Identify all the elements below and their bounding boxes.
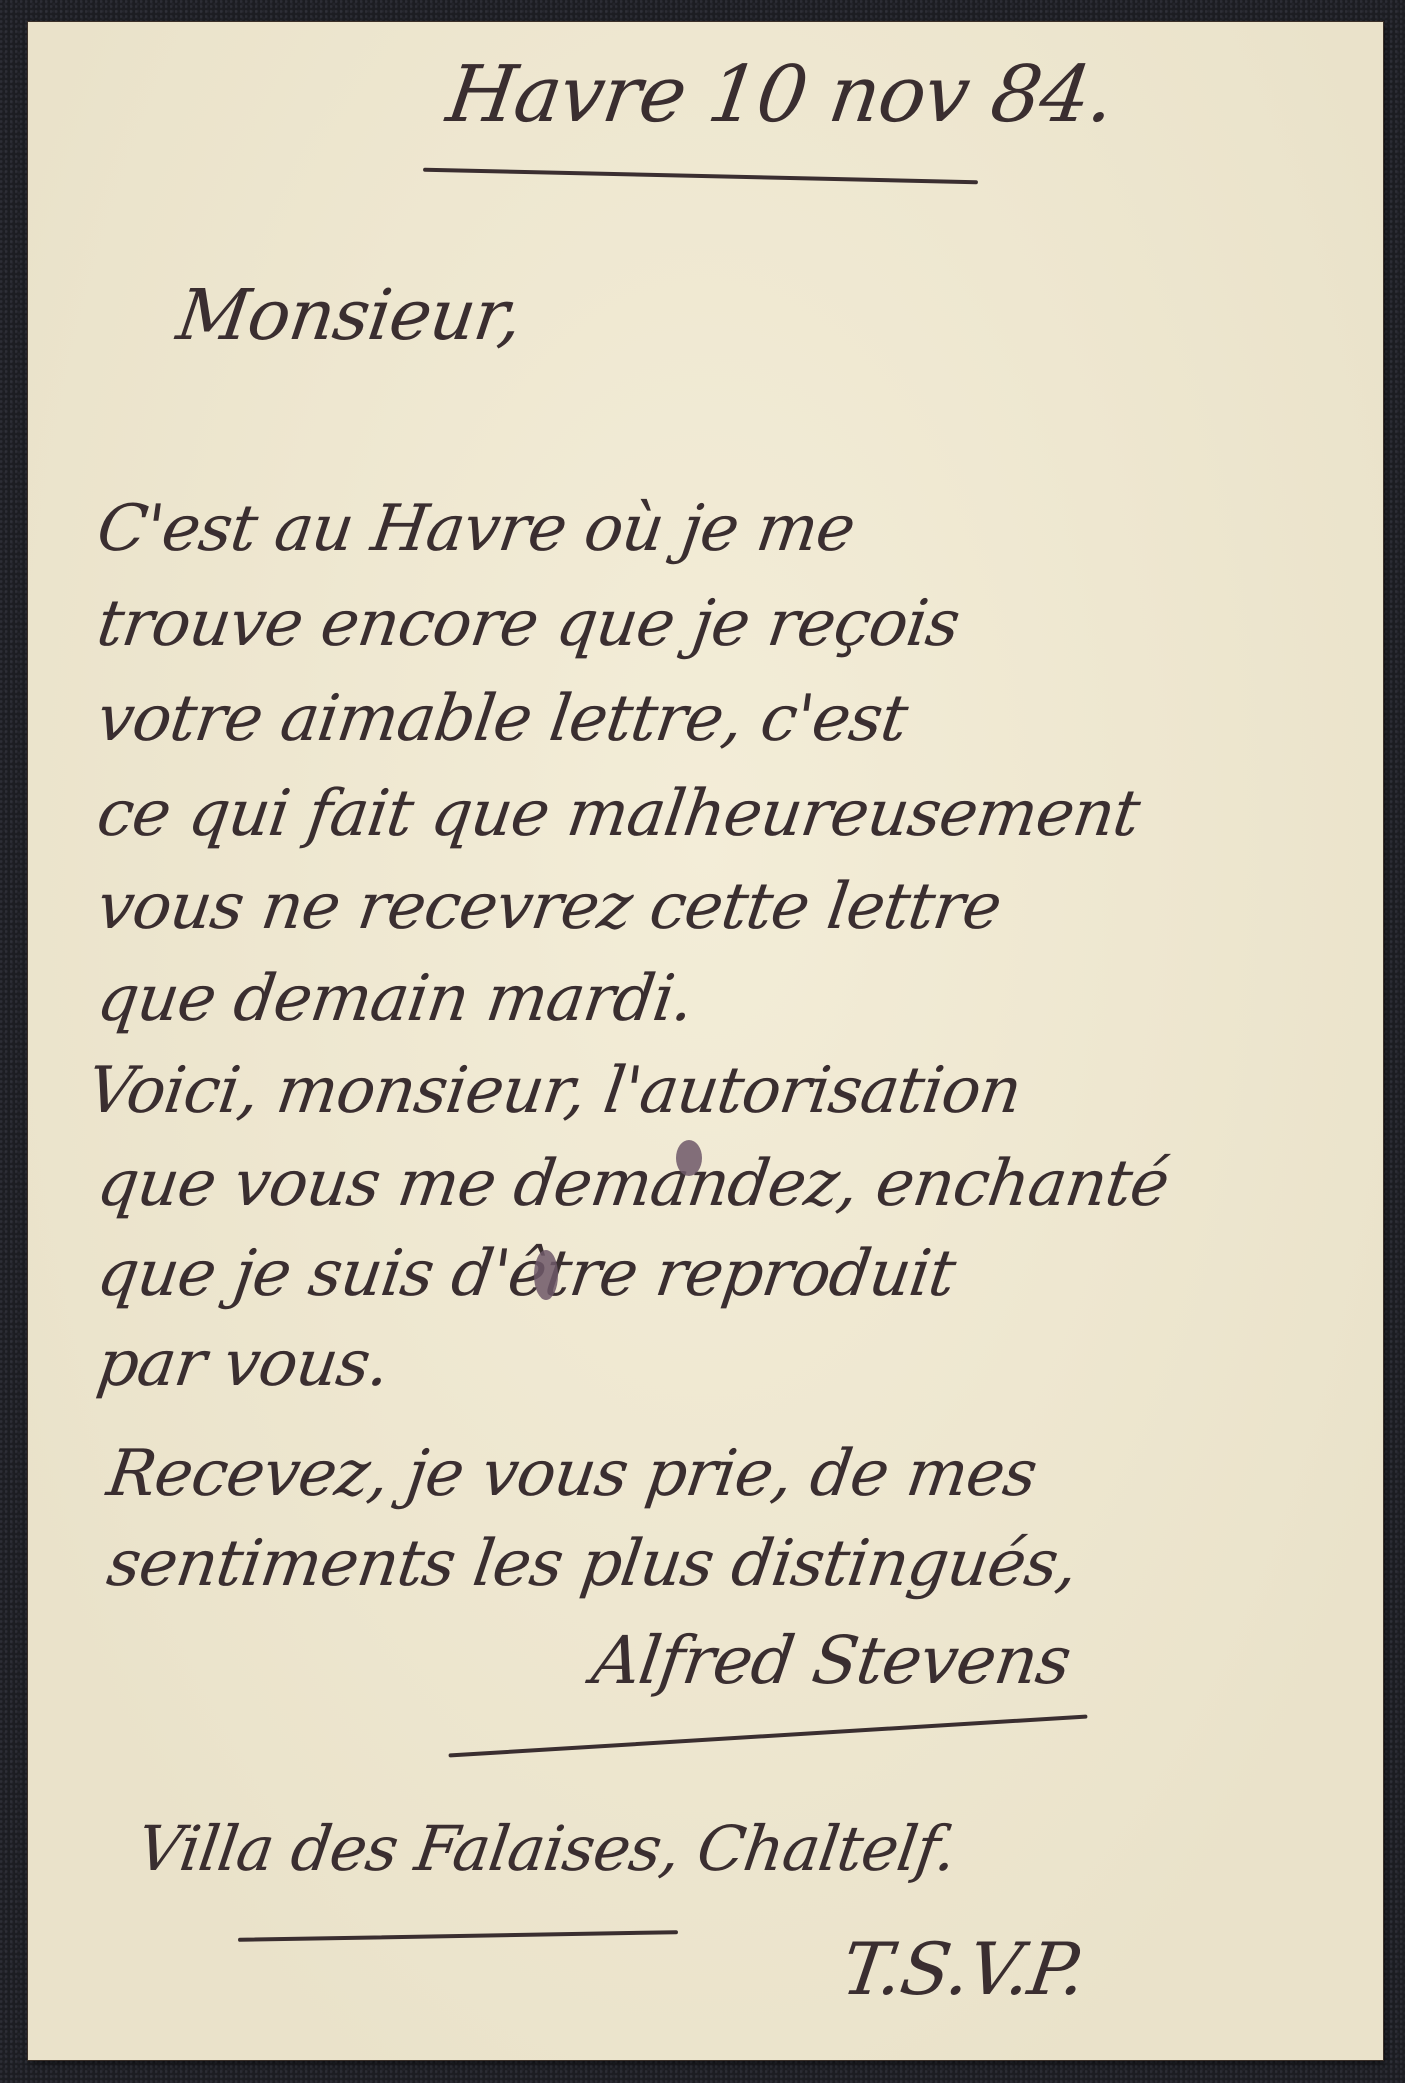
address: Villa des Falaises, Chaltelf. [133, 1812, 960, 1885]
dateline: Havre 10 nov 84. [442, 50, 1120, 140]
letter-paper: Havre 10 nov 84. Monsieur, C'est au Havr… [28, 22, 1383, 2060]
body-line: votre aimable lettre, c'est [93, 682, 912, 756]
ink-blot [534, 1250, 558, 1300]
dateline-underline [423, 168, 978, 185]
body-line: trouve encore que je reçois [93, 587, 964, 661]
body-line: que vous me demandez, enchanté [93, 1147, 1173, 1221]
signature-underline [448, 1714, 1087, 1757]
postscript: T.S.V.P. [837, 1927, 1090, 2011]
body-line: par vous. [93, 1327, 394, 1401]
ink-blot [676, 1140, 702, 1176]
body-line: que demain mardi. [93, 962, 698, 1036]
body-line: sentiments les plus distingués, [103, 1527, 1082, 1601]
body-line: Voici, monsieur, l'autorisation [83, 1054, 1026, 1128]
body-line: Recevez, je vous prie, de mes [103, 1437, 1041, 1511]
body-line: que je suis d'être reproduit [93, 1237, 959, 1311]
address-underline [238, 1930, 678, 1942]
body-line: ce qui fait que malheureusement [93, 777, 1144, 851]
body-line: vous ne recevrez cette lettre [93, 870, 1005, 944]
salutation: Monsieur, [172, 274, 526, 356]
signature: Alfred Stevens [588, 1622, 1075, 1699]
body-line: C'est au Havre où je me [93, 492, 859, 566]
